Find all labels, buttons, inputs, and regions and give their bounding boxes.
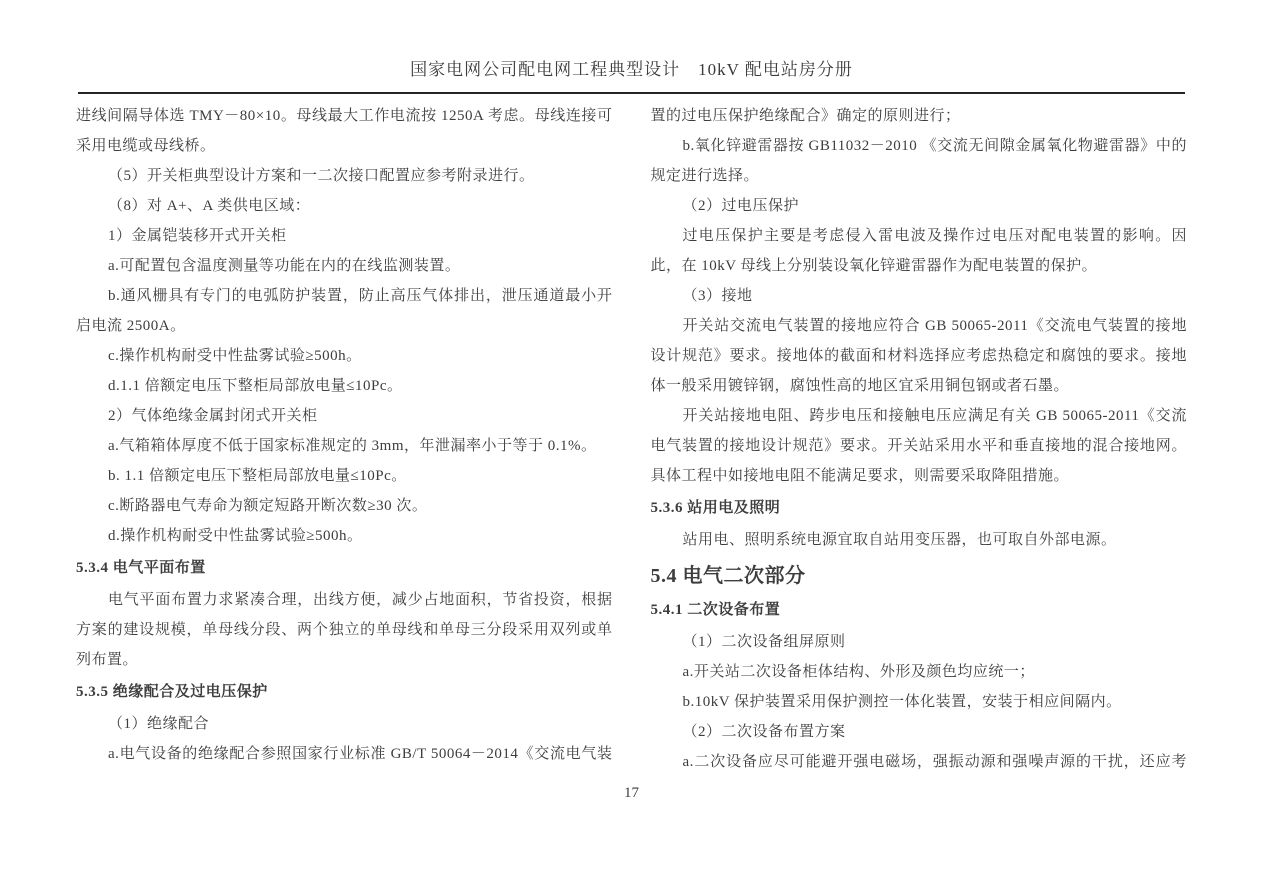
text-line: 开关站接地电阻、跨步电压和接触电压应满足有关 GB 50065-2011《交流 — [651, 401, 1188, 431]
text-line: 电气装置的接地设计规范》要求。开关站采用水平和垂直接地的混合接地网。 — [651, 431, 1188, 461]
left-column: 进线间隔导体选 TMY－80×10。母线最大工作电流按 1250A 考虑。母线连… — [76, 101, 613, 777]
section-heading: 5.4.1 二次设备布置 — [651, 595, 1188, 625]
text-line: c.操作机构耐受中性盐雾试验≥500h。 — [76, 341, 613, 371]
text-line: （3）接地 — [651, 281, 1188, 311]
text-line: c.断路器电气寿命为额定短路开断次数≥30 次。 — [76, 491, 613, 521]
text-line: 规定进行选择。 — [651, 161, 1188, 191]
text-line: 启电流 2500A。 — [76, 311, 613, 341]
text-line: 此，在 10kV 母线上分别装设氧化锌避雷器作为配电装置的保护。 — [651, 251, 1188, 281]
page-number: 17 — [624, 785, 639, 801]
text-line: a.开关站二次设备柜体结构、外形及颜色均应统一； — [651, 657, 1188, 687]
text-line: a.二次设备应尽可能避开强电磁场，强振动源和强噪声源的干扰，还应考 — [651, 747, 1188, 777]
text-line: （5）开关柜典型设计方案和一二次接口配置应参考附录进行。 — [76, 161, 613, 191]
text-line: 开关站交流电气装置的接地应符合 GB 50065-2011《交流电气装置的接地 — [651, 311, 1188, 341]
text-line: 具体工程中如接地电阻不能满足要求，则需要采取降阻措施。 — [651, 461, 1188, 491]
text-line: （1）绝缘配合 — [76, 709, 613, 739]
document-page: 国家电网公司配电网工程典型设计 10kV 配电站房分册 进线间隔导体选 TMY－… — [0, 0, 1263, 892]
text-line: 电气平面布置力求紧凑合理，出线方便，减少占地面积，节省投资，根据 — [76, 585, 613, 615]
running-header-title: 国家电网公司配电网工程典型设计 10kV 配电站房分册 — [0, 58, 1263, 82]
text-line: 站用电、照明系统电源宜取自站用变压器，也可取自外部电源。 — [651, 525, 1188, 555]
text-line: a.可配置包含温度测量等功能在内的在线监测装置。 — [76, 251, 613, 281]
section-heading: 5.3.5 绝缘配合及过电压保护 — [76, 677, 613, 707]
text-line: （2）过电压保护 — [651, 191, 1188, 221]
text-line: b.氧化锌避雷器按 GB11032－2010 《交流无间隙金属氧化物避雷器》中的 — [651, 131, 1188, 161]
text-line: b.通风栅具有专门的电弧防护装置，防止高压气体排出，泄压通道最小开 — [76, 281, 613, 311]
section-heading: 5.3.4 电气平面布置 — [76, 553, 613, 583]
text-line: 1）金属铠装移开式开关柜 — [76, 221, 613, 251]
section-heading: 5.3.6 站用电及照明 — [651, 493, 1188, 523]
right-column: 置的过电压保护绝缘配合》确定的原则进行；b.氧化锌避雷器按 GB11032－20… — [651, 101, 1188, 777]
page-header: 国家电网公司配电网工程典型设计 10kV 配电站房分册 — [0, 0, 1263, 82]
text-line: （8）对 A+、A 类供电区域： — [76, 191, 613, 221]
text-line: d.操作机构耐受中性盐雾试验≥500h。 — [76, 521, 613, 551]
text-line: 体一般采用镀锌钢，腐蚀性高的地区宜采用铜包钢或者石墨。 — [651, 371, 1188, 401]
text-line: （1）二次设备组屏原则 — [651, 627, 1188, 657]
text-line: 进线间隔导体选 TMY－80×10。母线最大工作电流按 1250A 考虑。母线连… — [76, 101, 613, 131]
text-line: b. 1.1 倍额定电压下整柜局部放电量≤10Pc。 — [76, 461, 613, 491]
text-line: 设计规范》要求。接地体的截面和材料选择应考虑热稳定和腐蚀的要求。接地 — [651, 341, 1188, 371]
text-line: a.气箱箱体厚度不低于国家标准规定的 3mm，年泄漏率小于等于 0.1%。 — [76, 431, 613, 461]
page-body: 进线间隔导体选 TMY－80×10。母线最大工作电流按 1250A 考虑。母线连… — [76, 101, 1187, 777]
text-line: 列布置。 — [76, 645, 613, 675]
page-footer: 17 — [0, 784, 1263, 802]
text-line: 置的过电压保护绝缘配合》确定的原则进行； — [651, 101, 1188, 131]
text-line: 方案的建设规模，单母线分段、两个独立的单母线和单母三分段采用双列或单 — [76, 615, 613, 645]
header-rule — [78, 92, 1185, 94]
text-line: （2）二次设备布置方案 — [651, 717, 1188, 747]
text-line: 过电压保护主要是考虑侵入雷电波及操作过电压对配电装置的影响。因 — [651, 221, 1188, 251]
section-heading: 5.4 电气二次部分 — [651, 559, 1188, 593]
text-line: a.电气设备的绝缘配合参照国家行业标准 GB/T 50064－2014《交流电气… — [76, 739, 613, 769]
text-line: 采用电缆或母线桥。 — [76, 131, 613, 161]
text-line: d.1.1 倍额定电压下整柜局部放电量≤10Pc。 — [76, 371, 613, 401]
text-line: b.10kV 保护装置采用保护测控一体化装置，安装于相应间隔内。 — [651, 687, 1188, 717]
text-line: 2）气体绝缘金属封闭式开关柜 — [76, 401, 613, 431]
